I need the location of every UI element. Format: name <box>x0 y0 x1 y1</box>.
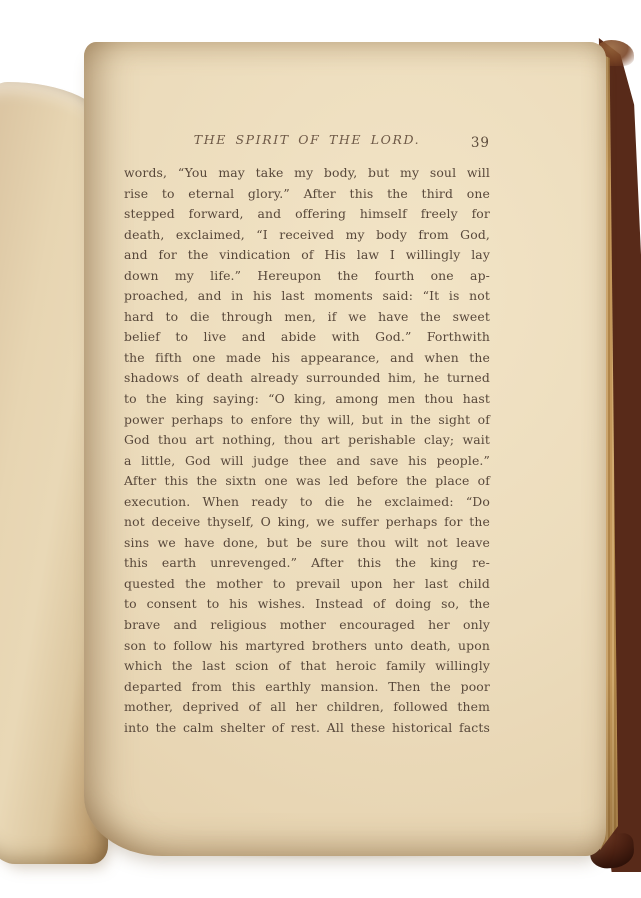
text-line: into the calm shelter of rest. All these… <box>124 718 490 739</box>
text-line: which the last scion of that heroic fami… <box>124 656 490 677</box>
text-line: a little, God will judge thee and save h… <box>124 451 490 472</box>
text-line: to consent to his wishes. Instead of doi… <box>124 594 490 615</box>
book-photo: THE SPIRIT OF THE LORD. 39 words, “You m… <box>0 0 641 898</box>
text-line: mother, deprived of all her children, fo… <box>124 697 490 718</box>
text-line: belief to live and abide with God.” Fort… <box>124 327 490 348</box>
page-content: THE SPIRIT OF THE LORD. 39 words, “You m… <box>124 132 490 738</box>
running-head: THE SPIRIT OF THE LORD. <box>124 132 490 147</box>
text-line: hard to die through men, if we have the … <box>124 307 490 328</box>
text-line: execution. When ready to die he exclaime… <box>124 492 490 513</box>
text-line: shadows of death already surrounded him,… <box>124 368 490 389</box>
text-line: down my life.” Hereupon the fourth one a… <box>124 266 490 287</box>
text-line: departed from this earthly mansion. Then… <box>124 677 490 698</box>
text-line: and for the vindication of His law I wil… <box>124 245 490 266</box>
page-header: THE SPIRIT OF THE LORD. 39 <box>124 132 490 150</box>
text-line: power perhaps to enfore thy will, but in… <box>124 410 490 431</box>
text-line: quested the mother to prevail upon her l… <box>124 574 490 595</box>
text-line: the fifth one made his appearance, and w… <box>124 348 490 369</box>
text-line: brave and religious mother encouraged he… <box>124 615 490 636</box>
text-line: rise to eternal glory.” After this the t… <box>124 184 490 205</box>
text-line: to the king saying: “O king, among men t… <box>124 389 490 410</box>
page-number: 39 <box>471 135 490 151</box>
text-line: stepped forward, and offering himself fr… <box>124 204 490 225</box>
text-line: this earth unrevenged.” After this the k… <box>124 553 490 574</box>
text-line: son to follow his martyred brothers unto… <box>124 636 490 657</box>
text-line: words, “You may take my body, but my sou… <box>124 163 490 184</box>
text-line: God thou art nothing, thou art perishabl… <box>124 430 490 451</box>
body-text: words, “You may take my body, but my sou… <box>124 163 490 738</box>
text-line: sins we have done, but be sure thou wilt… <box>124 533 490 554</box>
text-line: death, exclaimed, “I received my body fr… <box>124 225 490 246</box>
text-line: not deceive thyself, O king, we suffer p… <box>124 512 490 533</box>
text-line: proached, and in his last moments said: … <box>124 286 490 307</box>
text-line: After this the sixtn one was led before … <box>124 471 490 492</box>
